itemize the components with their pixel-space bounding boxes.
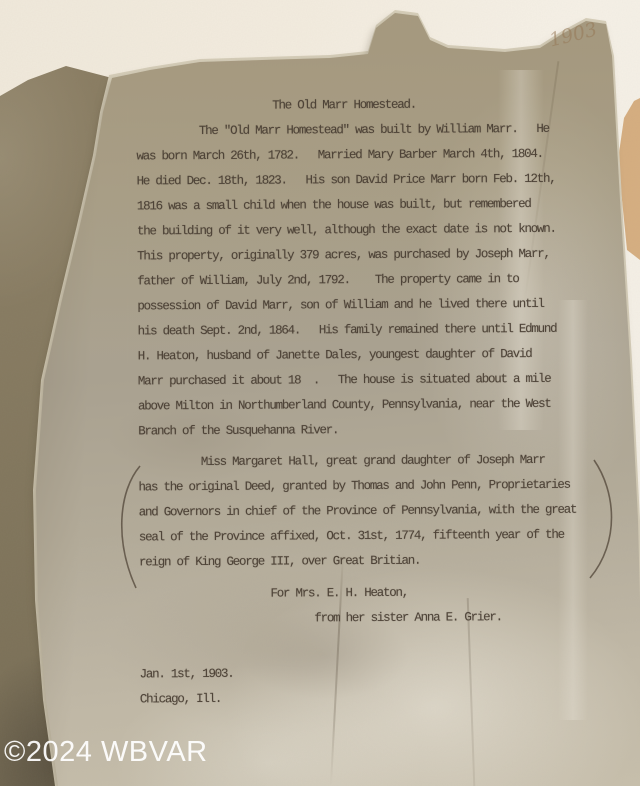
typed-line: has the original Deed, granted by Thomas… xyxy=(138,473,598,501)
typed-line: seal of the Province affixed, Oct. 31st,… xyxy=(139,523,599,551)
paragraph-1: The "Old Marr Homestead" was built by Wi… xyxy=(136,117,598,445)
date-line: Jan. 1st, 1903. xyxy=(140,660,600,688)
typed-line: father of William, July 2nd, 1792. The p… xyxy=(137,267,597,295)
typed-line: reign of King George III, over Great Bri… xyxy=(139,548,599,576)
typed-line: This property, originally 379 acres, was… xyxy=(137,242,597,270)
date-block: Jan. 1st, 1903. Chicago, Ill. xyxy=(140,660,600,713)
typed-line: Miss Margaret Hall, great grand daughter… xyxy=(138,448,598,476)
closing-lines: For Mrs. E. H. Heaton, from her sister A… xyxy=(139,580,599,633)
typed-line: possession of David Marr, son of William… xyxy=(137,292,597,320)
typed-line: Marr purchased it about 18 . The house i… xyxy=(138,367,598,395)
typed-line: For Mrs. E. H. Heaton, xyxy=(139,580,599,608)
typed-line: Branch of the Susquehanna River. xyxy=(138,417,598,445)
paragraph-2: Miss Margaret Hall, great grand daughter… xyxy=(138,448,599,576)
typed-line: the building of it very well, although t… xyxy=(137,217,597,245)
place-line: Chicago, Ill. xyxy=(140,685,600,713)
typed-line: He died Dec. 18th, 1823. His son David P… xyxy=(137,167,597,195)
typed-line: was born March 26th, 1782. Married Mary … xyxy=(136,142,596,170)
typed-line: The "Old Marr Homestead" was built by Wi… xyxy=(136,117,596,145)
typed-line: his death Sept. 2nd, 1864. His family re… xyxy=(137,317,597,345)
typed-line: and Governors in chief of the Province o… xyxy=(139,498,599,526)
typed-text-block: The Old Marr Homestead. The "Old Marr Ho… xyxy=(136,92,600,713)
typed-line: above Milton in Northumberland County, P… xyxy=(138,392,598,420)
watermark: ©2024 WBVAR xyxy=(4,736,208,769)
typed-line: 1816 was a small child when the house wa… xyxy=(137,192,597,220)
photo-of-document: The Old Marr Homestead. The "Old Marr Ho… xyxy=(0,0,640,786)
typed-line: H. Heaton, husband of Janette Dales, you… xyxy=(138,342,598,370)
document-title: The Old Marr Homestead. xyxy=(136,92,596,120)
typed-line: from her sister Anna E. Grier. xyxy=(139,605,599,633)
